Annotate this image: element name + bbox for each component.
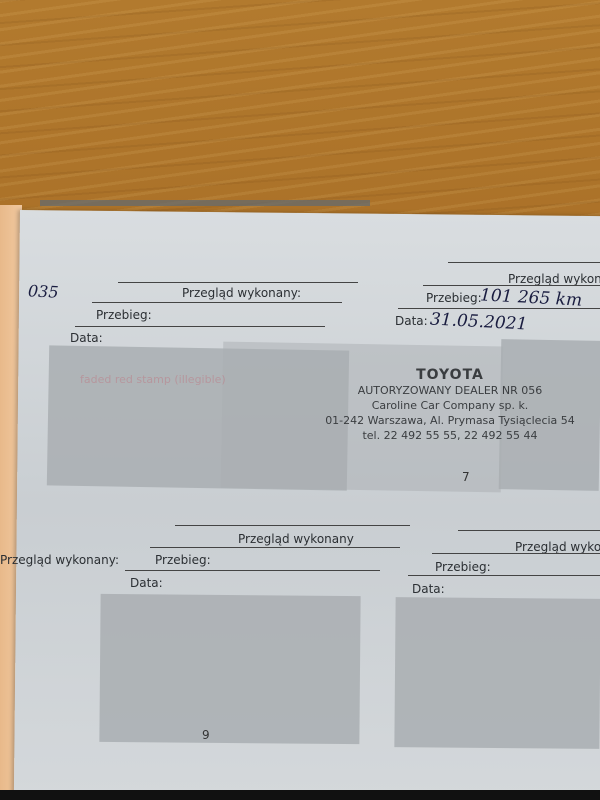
date-label: Data:	[70, 331, 103, 345]
mileage-label: Przebieg:	[435, 560, 491, 574]
form-line	[175, 525, 410, 526]
dealer-line-3: 01-242 Warszawa, Al. Prymasa Tysiąclecia…	[320, 413, 580, 428]
form-line	[408, 575, 600, 576]
form-line	[423, 285, 600, 286]
wooden-table	[0, 0, 600, 230]
date-label: Data:	[130, 576, 163, 590]
form-line	[75, 326, 325, 327]
dealer-stamp: TOYOTA AUTORYZOWANY DEALER NR 056 Caroli…	[320, 368, 580, 443]
header-label: Przegląd wykonany:	[182, 286, 301, 300]
dealer-line-1: AUTORYZOWANY DEALER NR 056	[320, 383, 580, 398]
form-line	[432, 553, 600, 554]
booklet-shadow	[40, 200, 370, 206]
date-label: Data:	[412, 582, 445, 596]
faded-stamp-text: faded red stamp (illegible)	[80, 372, 340, 387]
page-number: 9	[202, 728, 210, 742]
photo-bottom-edge	[0, 790, 600, 800]
form-line	[398, 308, 600, 309]
left-margin-label: Przegląd wykonany:	[0, 553, 119, 567]
faded-red-stamp: faded red stamp (illegible)	[80, 372, 340, 387]
form-line	[125, 570, 380, 571]
toyota-brand: TOYOTA	[320, 368, 580, 383]
mileage-label: Przebieg:	[155, 553, 211, 567]
header-label: Przegląd wykonany	[515, 540, 600, 554]
mileage-label: Przebieg:	[426, 291, 482, 305]
stamp-box-bottom-right	[394, 597, 600, 749]
form-line	[150, 547, 400, 548]
form-line	[118, 282, 358, 283]
mileage-label: Przebieg:	[96, 308, 152, 322]
form-line	[458, 530, 600, 531]
dealer-line-4: tel. 22 492 55 55, 22 492 55 44	[320, 428, 580, 443]
form-line	[448, 262, 600, 263]
header-label: Przegląd wykonany	[238, 532, 354, 546]
form-line	[92, 302, 342, 303]
stamp-box-bottom-left	[99, 594, 360, 744]
page-number: 7	[462, 470, 470, 484]
margin-handwriting: 035	[28, 281, 59, 302]
dealer-line-2: Caroline Car Company sp. k.	[320, 398, 580, 413]
header-label: Przegląd wykonany:	[508, 272, 600, 286]
date-label: Data:	[395, 314, 428, 328]
